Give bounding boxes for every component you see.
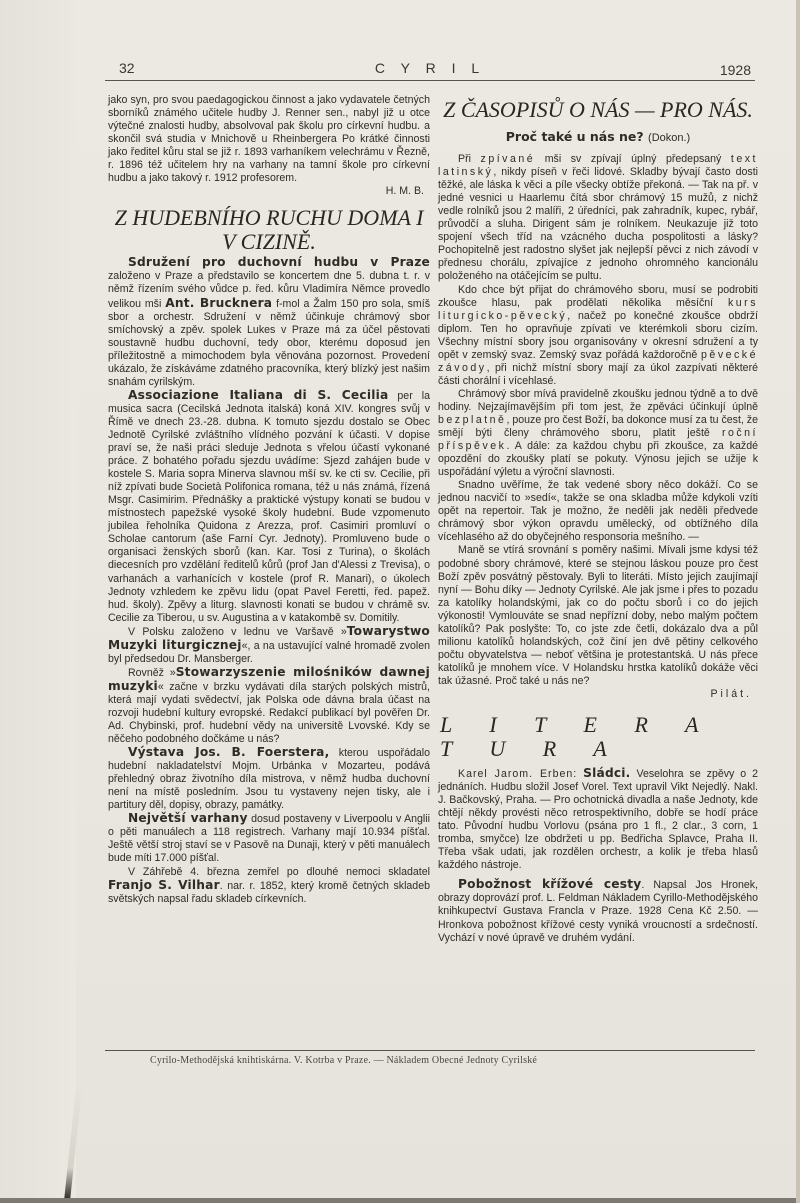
news-heading: Sdružení pro duchovní hudbu v Praze (128, 255, 430, 269)
book-title: Sládci. (583, 766, 630, 780)
page-left-margin (0, 0, 76, 1203)
article-title: Proč také u nás ne? (Dokon.) (438, 130, 758, 145)
intro-paragraph: jako syn, pro svou paedagogickou činnost… (108, 94, 430, 185)
issue-year: 1928 (720, 62, 751, 78)
news-item: V Záhřebě 4. března zemřel po dlouhé nem… (108, 866, 430, 906)
news-item: V Polsku založeno v lednu ve Varšavě »To… (108, 625, 430, 666)
news-heading: Výstava Jos. B. Foerstera, (128, 745, 329, 759)
footer-rule (105, 1050, 755, 1051)
news-heading: Associazione Italiana di S. Cecilia (128, 388, 388, 402)
left-column: jako syn, pro svou paedagogickou činnost… (108, 94, 430, 906)
article-paragraph: Kdo chce být přijat do chrámového sboru,… (438, 284, 758, 388)
news-item: Rovněž »Stowarzyszenie milośników dawnej… (108, 666, 430, 746)
composer-name: Ant. Brucknera (165, 296, 272, 310)
scan-bottom-edge (0, 1198, 800, 1203)
article-paragraph: Chrámový sbor mívá pravidelně zkoušku je… (438, 388, 758, 479)
news-heading: Největší varhany (128, 811, 248, 825)
section-title-music-news: Z HUDEBNÍHO RUCHU DOMA I V CIZINĚ. (108, 206, 430, 254)
right-column: Z ČASOPISŮ O NÁS — PRO NÁS. Proč také u … (438, 94, 758, 945)
literature-item: Pobožnost křížové cesty. Napsal Jos Hron… (438, 878, 758, 944)
header-rule (105, 80, 755, 81)
article-paragraph: Maně se vtírá srovnání s poměry našimi. … (438, 544, 758, 688)
section-title-literature: L I T E R A T U R A (438, 713, 758, 761)
article-paragraph: Při zpívané mši sv zpívají úplný předeps… (438, 153, 758, 283)
news-item: Výstava Jos. B. Foerstera, kterou uspořá… (108, 746, 430, 812)
book-title: Pobožnost křížové cesty (458, 877, 641, 891)
news-item: Sdružení pro duchovní hudbu v Praze zalo… (108, 256, 430, 388)
magazine-page: 32 C Y R I L 1928 jako syn, pro svou pae… (0, 0, 800, 1203)
article-continuation-note: (Dokon.) (648, 132, 690, 144)
article-paragraph: Snadno uvěříme, že tak vedené sbory něco… (438, 479, 758, 544)
book-author: Karel Jarom. Erben: (458, 768, 577, 780)
journal-title: C Y R I L (105, 60, 755, 76)
literature-item: Karel Jarom. Erben: Sládci. Veselohra se… (438, 767, 758, 872)
article-signature: Pilát. (438, 688, 758, 701)
running-head: 32 C Y R I L 1928 (105, 60, 755, 82)
news-heading: Franjo S. Vilhar (108, 878, 220, 892)
news-item: Největší varhany dosud postaveny v Liver… (108, 812, 430, 865)
printer-imprint: Cyrilo-Methodějská knihtiskárna. V. Kotr… (150, 1055, 750, 1066)
section-title-press: Z ČASOPISŮ O NÁS — PRO NÁS. (438, 98, 758, 122)
intro-signature: H. M. B. (108, 185, 430, 198)
news-item: Associazione Italiana di S. Cecilia per … (108, 389, 430, 625)
